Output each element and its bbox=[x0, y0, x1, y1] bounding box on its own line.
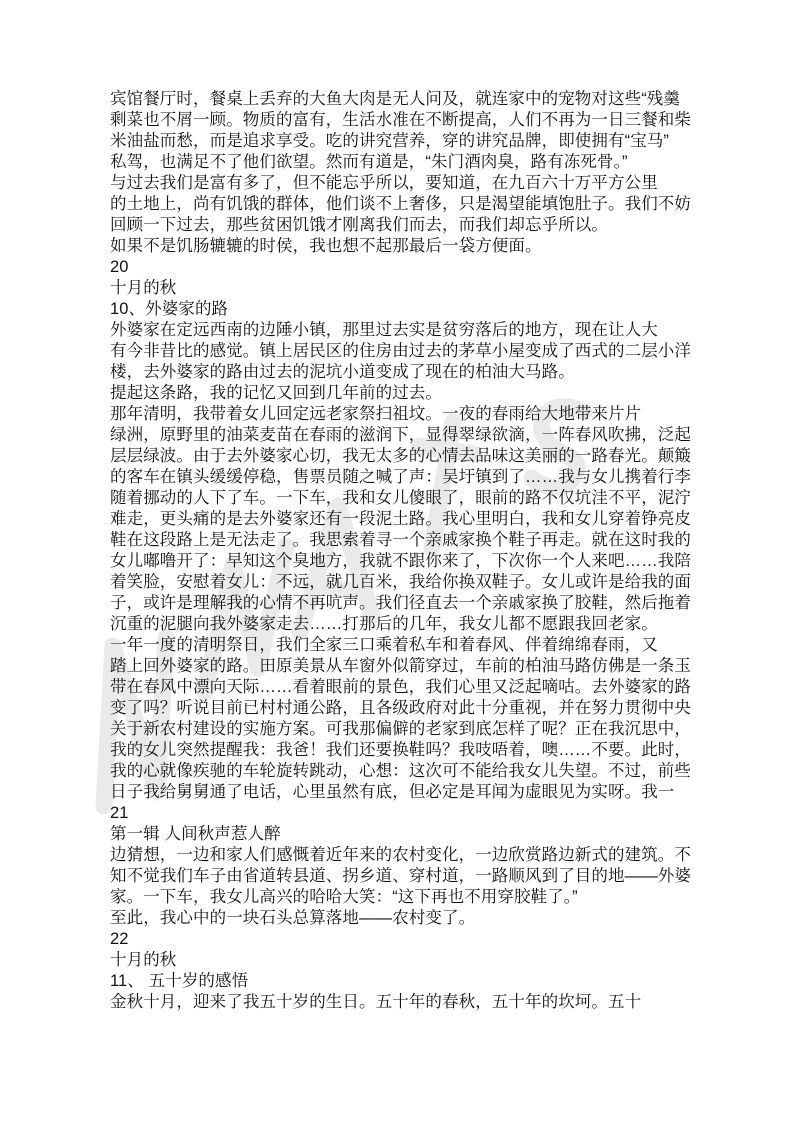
text-line: 宾馆餐厅时，餐桌上丢弃的大鱼大肉是无人问及，就连家中的宠物对这些“残羹 bbox=[110, 89, 720, 110]
text-line: 踏上回外婆家的路。田原美景从车窗外似箭穿过，车前的柏油马路仿佛是一条玉 bbox=[110, 656, 720, 677]
text-line: 难走，更头痛的是去外婆家还有一段泥土路。我心里明白，我和女儿穿着铮亮皮 bbox=[110, 509, 720, 530]
text-line: 沉重的泥腿向我外婆家走去……打那后的几年，我女儿都不愿跟我回老家。 bbox=[110, 614, 720, 635]
text-line: 私驾，也满足不了他们欲望。然而有道是，“朱门酒肉臭，路有冻死骨。” bbox=[110, 152, 720, 173]
text-line: 知不觉我们车子由省道转县道、拐乡道、穿村道，一路顺风到了目的地——外婆 bbox=[110, 866, 720, 887]
text-line: 有今非昔比的感觉。镇上居民区的住房由过去的茅草小屋变成了西式的二层小洋 bbox=[110, 341, 720, 362]
text-line: 子，或许是理解我的心情不再吭声。我们径直去一个亲戚家换了胶鞋，然后拖着 bbox=[110, 593, 720, 614]
text-line: 提起这条路，我的记忆又回到几年前的过去。 bbox=[110, 383, 720, 404]
text-line: 如果不是饥肠辘辘的时侯，我也想不起那最后一袋方便面。 bbox=[110, 236, 720, 257]
text-line: 回顾一下过去，那些贫困饥饿才刚离我们而去，而我们却忘乎所以。 bbox=[110, 215, 720, 236]
text-line: 十月的秋 bbox=[110, 278, 720, 299]
text-line: 的土地上，尚有饥饿的群体，他们谈不上奢侈，只是渴望能填饱肚子。我们不妨 bbox=[110, 194, 720, 215]
text-line: 我的心就像疾驰的车轮旋转跳动，心想：这次可不能给我女儿失望。不过，前些 bbox=[110, 761, 720, 782]
text-line: 至此，我心中的一块石头总算落地——农村变了。 bbox=[110, 908, 720, 929]
text-line: 与过去我们是富有多了，但不能忘乎所以，要知道，在九百六十万平方公里 bbox=[110, 173, 720, 194]
text-line: 着笑脸，安慰着女儿：不远，就几百米，我给你换双鞋子。女儿或许是给我的面 bbox=[110, 572, 720, 593]
text-line: 层层绿波。由于去外婆家心切，我无太多的心情去品味这美丽的一路春光。颠簸 bbox=[110, 446, 720, 467]
text-line: 剩菜也不屑一顾。物质的富有，生活水准在不断提高，人们不再为一日三餐和柴 bbox=[110, 110, 720, 131]
text-line: 我的女儿突然提醒我：我爸！我们还要换鞋吗？我吱唔着，噢……不要。此时， bbox=[110, 740, 720, 761]
document-page: 宾馆餐厅时，餐桌上丢弃的大鱼大肉是无人问及，就连家中的宠物对这些“残羹剩菜也不屑… bbox=[0, 0, 793, 1122]
text-line: 22 bbox=[110, 929, 720, 950]
text-line: 绿洲，原野里的油菜麦苗在春雨的滋润下，显得翠绿欲滴，一阵春风吹拂，泛起 bbox=[110, 425, 720, 446]
text-line: 外婆家在定远西南的边陲小镇，那里过去实是贫穷落后的地方，现在让人大 bbox=[110, 320, 720, 341]
text-line: 米油盐而愁，而是追求享受。吃的讲究营养，穿的讲究品牌，即使拥有“宝马” bbox=[110, 131, 720, 152]
text-line: 那年清明，我带着女儿回定远老家祭扫祖坟。一夜的春雨给大地带来片片 bbox=[110, 404, 720, 425]
text-line: 20 bbox=[110, 257, 720, 278]
text-line: 带在春风中漂向天际……看着眼前的景色，我们心里又泛起嘀咕。去外婆家的路 bbox=[110, 677, 720, 698]
document-text: 宾馆餐厅时，餐桌上丢弃的大鱼大肉是无人问及，就连家中的宠物对这些“残羹剩菜也不屑… bbox=[110, 89, 720, 1013]
text-line: 日子我给舅舅通了电话，心里虽然有底，但必定是耳闻为虚眼见为实呀。我一 bbox=[110, 782, 720, 803]
text-line: 金秋十月，迎来了我五十岁的生日。五十年的春秋，五十年的坎坷。五十 bbox=[110, 992, 720, 1013]
text-line: 鞋在这段路上是无法走了。我思索着寻一个亲戚家换个鞋子再走。就在这时我的 bbox=[110, 530, 720, 551]
text-line: 楼，去外婆家的路由过去的泥坑小道变成了现在的柏油大马路。 bbox=[110, 362, 720, 383]
text-line: 的客车在镇头缓缓停稳，售票员随之喊了声：吴圩镇到了……我与女儿携着行李 bbox=[110, 467, 720, 488]
text-line: 随着挪动的人下了车。一下车，我和女儿傻眼了，眼前的路不仅坑洼不平，泥泞 bbox=[110, 488, 720, 509]
text-line: 关于新农村建设的实施方案。可我那偏僻的老家到底怎样了呢？正在我沉思中， bbox=[110, 719, 720, 740]
text-line: 家。一下车，我女儿高兴的哈哈大笑：“这下再也不用穿胶鞋了。” bbox=[110, 887, 720, 908]
text-line: 10、外婆家的路 bbox=[110, 299, 720, 320]
text-line: 边猜想，一边和家人们感慨着近年来的农村变化，一边欣赏路边新式的建筑。不 bbox=[110, 845, 720, 866]
text-line: 一年一度的清明祭日，我们全家三口乘着私车和着春风、伴着绵绵春雨，又 bbox=[110, 635, 720, 656]
text-line: 11、 五十岁的感悟 bbox=[110, 971, 720, 992]
text-line: 第一辑 人间秋声惹人醉 bbox=[110, 824, 720, 845]
text-line: 21 bbox=[110, 803, 720, 824]
text-line: 变了吗？听说目前已村村通公路，且各级政府对此十分重视，并在努力贯彻中央 bbox=[110, 698, 720, 719]
text-line: 女儿嘟噜开了：早知这个臭地方，我就不跟你来了，下次你一个人来吧……我陪 bbox=[110, 551, 720, 572]
text-line: 十月的秋 bbox=[110, 950, 720, 971]
